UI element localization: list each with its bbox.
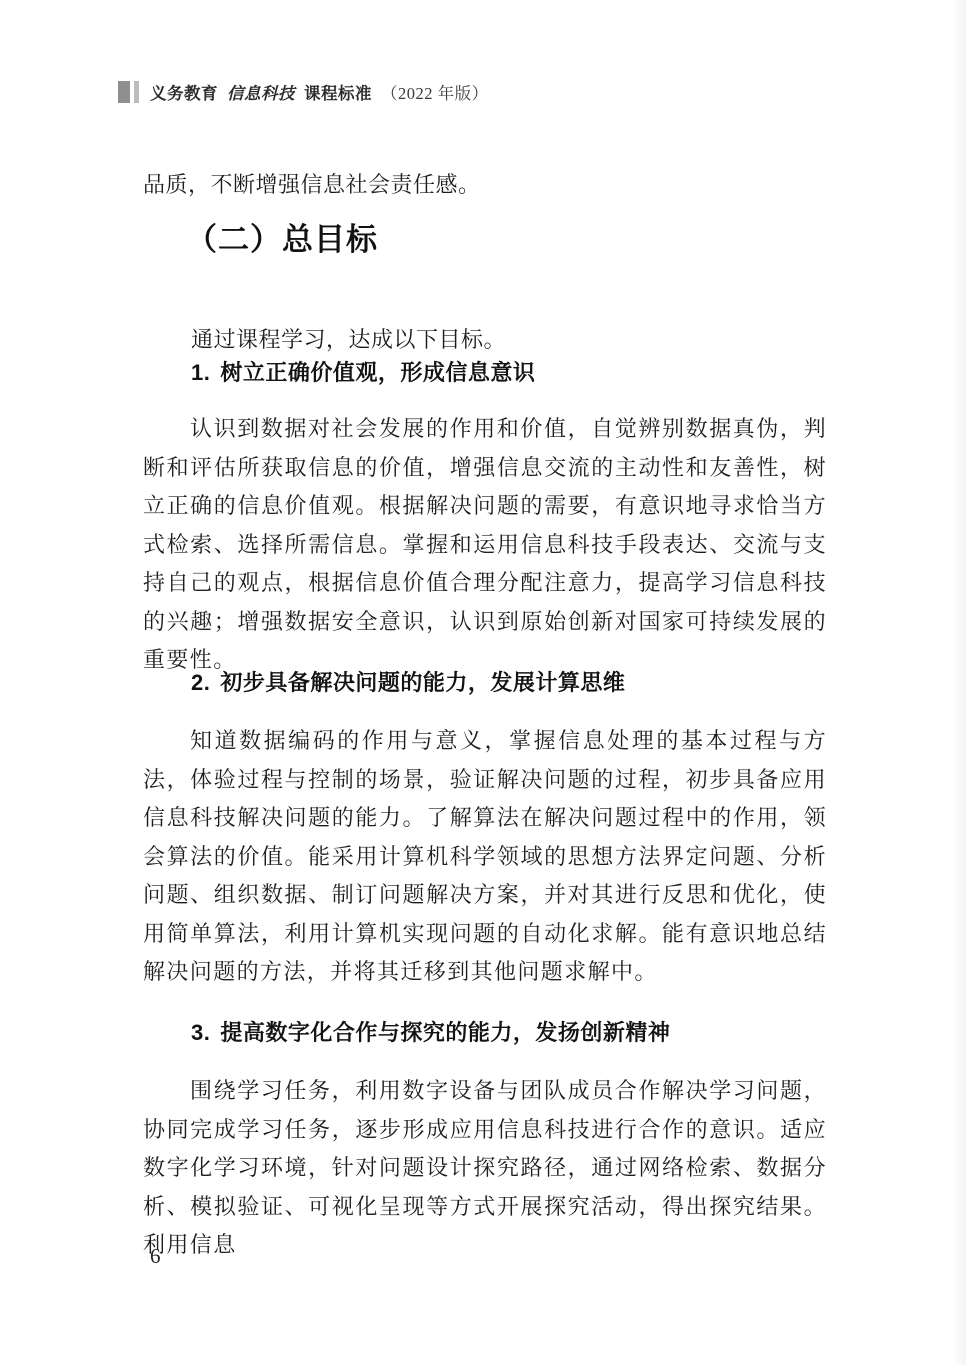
- page-edge-shadow: [952, 0, 966, 1365]
- subsection-number-3: 3.: [191, 1020, 210, 1045]
- page-number: 6: [150, 1244, 161, 1269]
- subsection-number-2: 2.: [191, 670, 210, 695]
- document-page: 义务教育 信息科技 课程标准 （2022 年版） 品质，不断增强信息社会责任感。…: [0, 0, 966, 1365]
- section-intro: 通过课程学习，达成以下目标。: [191, 323, 506, 354]
- header-mark-bar-light-icon: [134, 81, 139, 103]
- subsection-heading-3: 3.提高数字化合作与探究的能力，发扬创新精神: [191, 1016, 670, 1047]
- subsection-body-3: 围绕学习任务，利用数字设备与团队成员合作解决学习问题，协同完成学习任务，逐步形成…: [143, 1072, 827, 1265]
- subsection-title-2: 初步具备解决问题的能力，发展计算思维: [220, 670, 625, 695]
- header-series-title: 义务教育: [150, 80, 218, 104]
- subsection-title-3: 提高数字化合作与探究的能力，发扬创新精神: [220, 1020, 670, 1045]
- header-subject-title: 信息科技: [227, 80, 295, 104]
- running-header: 义务教育 信息科技 课程标准 （2022 年版）: [118, 80, 489, 104]
- subsection-number-1: 1.: [191, 360, 210, 385]
- section-title: （二）总目标: [186, 214, 378, 259]
- header-doc-type: 课程标准: [304, 80, 372, 104]
- header-mark-bar-dark-icon: [118, 81, 130, 103]
- subsection-body-2: 知道数据编码的作用与意义，掌握信息处理的基本过程与方法，体验过程与控制的场景，验…: [143, 722, 827, 992]
- subsection-heading-2: 2.初步具备解决问题的能力，发展计算思维: [191, 666, 625, 697]
- header-edition: （2022 年版）: [381, 80, 489, 104]
- subsection-title-1: 树立正确价值观，形成信息意识: [220, 360, 535, 385]
- subsection-body-1: 认识到数据对社会发展的作用和价值，自觉辨别数据真伪，判断和评估所获取信息的价值，…: [143, 410, 827, 680]
- carryover-paragraph-line: 品质，不断增强信息社会责任感。: [143, 168, 481, 199]
- subsection-heading-1: 1.树立正确价值观，形成信息意识: [191, 356, 535, 387]
